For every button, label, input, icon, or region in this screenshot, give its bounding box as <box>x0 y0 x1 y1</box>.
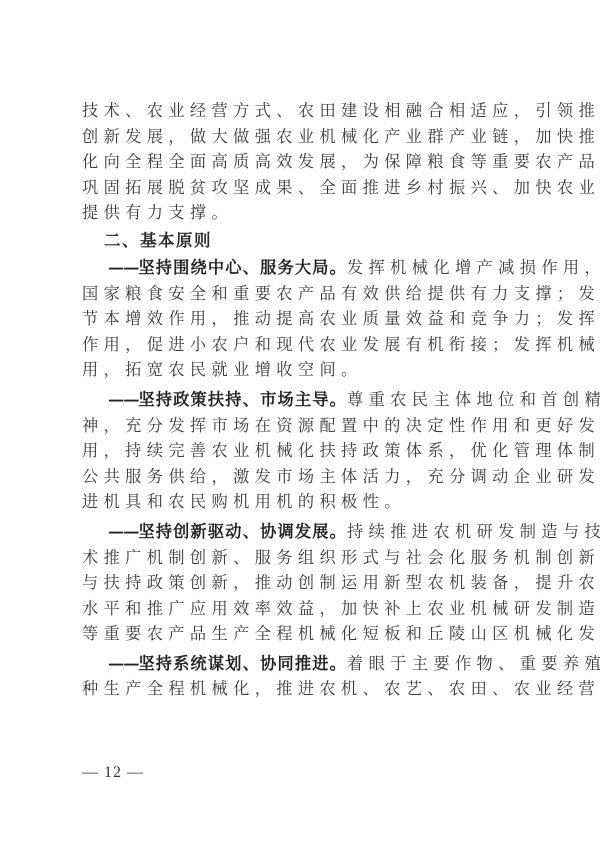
principle-first-line: ——坚持政策扶持、市场主导。尊重农民主体地位和首创精 <box>82 387 520 413</box>
principle-title: ——坚持围绕中心、服务大局。 <box>108 258 347 277</box>
section-heading: 二、基本原则 <box>82 227 520 254</box>
text-line: 神，充分发挥市场在资源配置中的决定性作用和更好发挥政府作 <box>82 413 520 439</box>
text-line: 创新发展，做大做强农业机械化产业群产业链，加快推进农业机械 <box>82 124 520 150</box>
text-line: 提供有力支撑。 <box>82 200 520 226</box>
principle-first-line: ——坚持创新驱动、协调发展。持续推进农机研发制造与技 <box>82 519 520 545</box>
em-dash: —— <box>108 390 138 409</box>
em-dash: —— <box>108 258 138 277</box>
text-line: 术推广机制创新、服务组织形式与社会化服务机制创新、管理制度 <box>82 545 520 571</box>
text-line: 水平和推广应用效率效益，加快补上农业机械研发制造短板、粮食 <box>82 596 520 622</box>
text-line: 巩固拓展脱贫攻坚成果、全面推进乡村振兴、加快农业农村现代化 <box>82 175 520 201</box>
document-page: 技术、农业经营方式、农田建设相融合相适应，引领推动农机装备 创新发展，做大做强农… <box>82 98 520 702</box>
principle-first-line: ——坚持系统谋划、协同推进。着眼于主要作物、重要养殖品 <box>82 651 520 677</box>
principle-title: ——坚持创新驱动、协调发展。 <box>108 522 347 541</box>
text-line: 种生产全程机械化，推进农机、农艺、农田、农业经营方式协同协 <box>82 676 520 702</box>
principle-title: ——坚持系统谋划、协同推进。 <box>108 654 347 673</box>
principle-paragraph: ——坚持政策扶持、市场主导。尊重农民主体地位和首创精 神，充分发挥市场在资源配置… <box>82 387 520 515</box>
text-line: 与扶持政策创新，推动创制运用新型农机装备，提升农机研发制造 <box>82 570 520 596</box>
text-line: 公共服务供给，激发市场主体活力，充分调动企业研发生产高端先 <box>82 464 520 490</box>
principle-text: 着眼于主要作物、重要养殖品 <box>347 654 600 673</box>
principle-paragraph: ——坚持创新驱动、协调发展。持续推进农机研发制造与技 术推广机制创新、服务组织形… <box>82 519 520 647</box>
text-line: 等重要农产品生产全程机械化短板和丘陵山区机械化发展短板。 <box>82 621 520 647</box>
principle-text: 发挥机械化增产减损作用，为 <box>347 258 600 277</box>
em-dash: —— <box>108 654 138 673</box>
principle-title-text: 坚持系统谋划、协同推进。 <box>138 654 347 673</box>
text-line: 国家粮食安全和重要农产品有效供给提供有力支撑；发挥机械化 <box>82 281 520 307</box>
principle-title-text: 坚持围绕中心、服务大局。 <box>138 258 347 277</box>
principle-title-text: 坚持创新驱动、协调发展。 <box>138 522 347 541</box>
text-line: 进机具和农民购机用机的积极性。 <box>82 489 520 515</box>
text-line: 技术、农业经营方式、农田建设相融合相适应，引领推动农机装备 <box>82 98 520 124</box>
principle-title: ——坚持政策扶持、市场主导。 <box>108 390 347 409</box>
em-dash: —— <box>108 522 138 541</box>
principle-paragraph: ——坚持系统谋划、协同推进。着眼于主要作物、重要养殖品 种生产全程机械化，推进农… <box>82 651 520 702</box>
text-line: 用，拓宽农民就业增收空间。 <box>82 357 520 383</box>
page-number: — 12 — <box>82 764 144 782</box>
principle-text: 尊重农民主体地位和首创精 <box>347 390 600 409</box>
text-line: 化向全程全面高质高效发展，为保障粮食等重要农产品有效供给、 <box>82 149 520 175</box>
text-line: 节本增效作用，推动提高农业质量效益和竞争力；发挥机械化引领 <box>82 306 520 332</box>
text-line: 用，持续完善农业机械化扶持政策体系，优化管理体制机制，增强 <box>82 438 520 464</box>
text-line: 作用，促进小农户和现代农业发展有机衔接；发挥机械化驱动作 <box>82 332 520 358</box>
principle-first-line: ——坚持围绕中心、服务大局。发挥机械化增产减损作用，为 <box>82 255 520 281</box>
principle-text: 持续推进农机研发制造与技 <box>347 522 600 541</box>
principle-paragraph: ——坚持围绕中心、服务大局。发挥机械化增产减损作用，为 国家粮食安全和重要农产品… <box>82 255 520 383</box>
principle-title-text: 坚持政策扶持、市场主导。 <box>138 390 347 409</box>
intro-paragraph: 技术、农业经营方式、农田建设相融合相适应，引领推动农机装备 创新发展，做大做强农… <box>82 98 520 226</box>
